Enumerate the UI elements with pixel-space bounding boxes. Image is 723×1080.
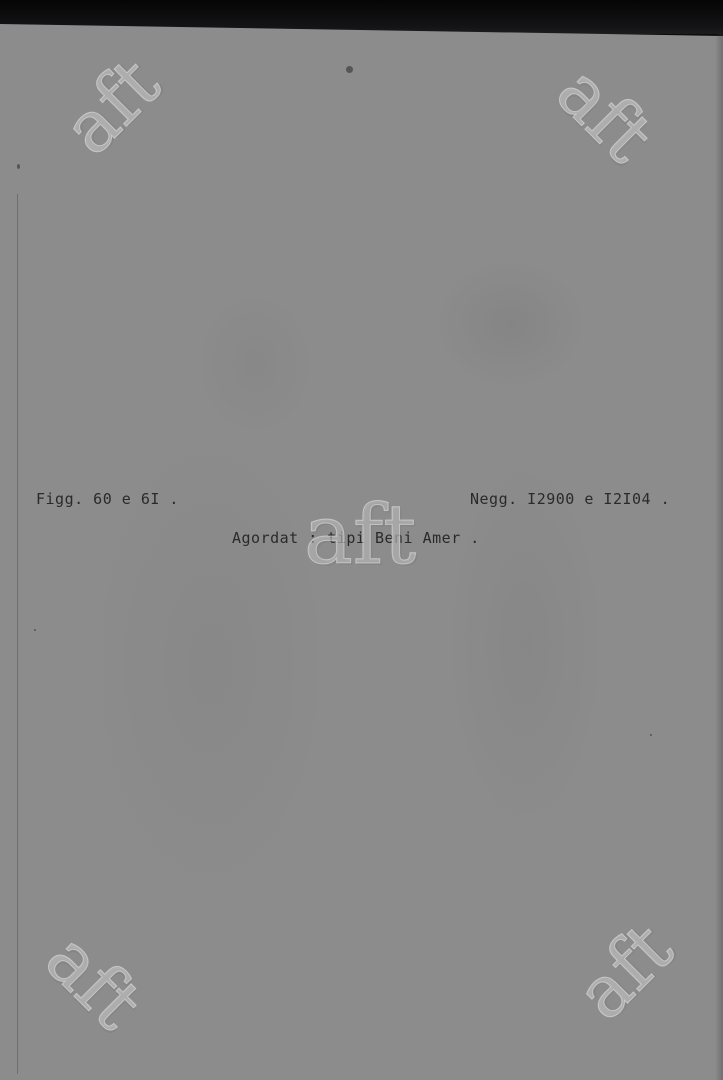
paper-speck (650, 734, 652, 736)
paper-speck (346, 66, 353, 73)
paper-speck (34, 629, 36, 631)
watermark-top-right: aft (545, 54, 666, 175)
watermark-top-left: aft (51, 46, 172, 167)
page-edge-rule (17, 194, 18, 1074)
page-right-shadow (715, 34, 723, 1080)
paper-speck (17, 164, 20, 169)
figure-caption: Figg. 60 e 6I . (36, 490, 179, 508)
watermark-bottom-left: aft (34, 921, 155, 1042)
negative-numbers: Negg. I2900 e I2I04 . (470, 490, 670, 508)
document-page: Figg. 60 e 6I . Negg. I2900 e I2I04 . Ag… (0, 24, 723, 1080)
watermark-center: aft (304, 495, 416, 577)
watermark-bottom-right: aft (564, 911, 685, 1032)
